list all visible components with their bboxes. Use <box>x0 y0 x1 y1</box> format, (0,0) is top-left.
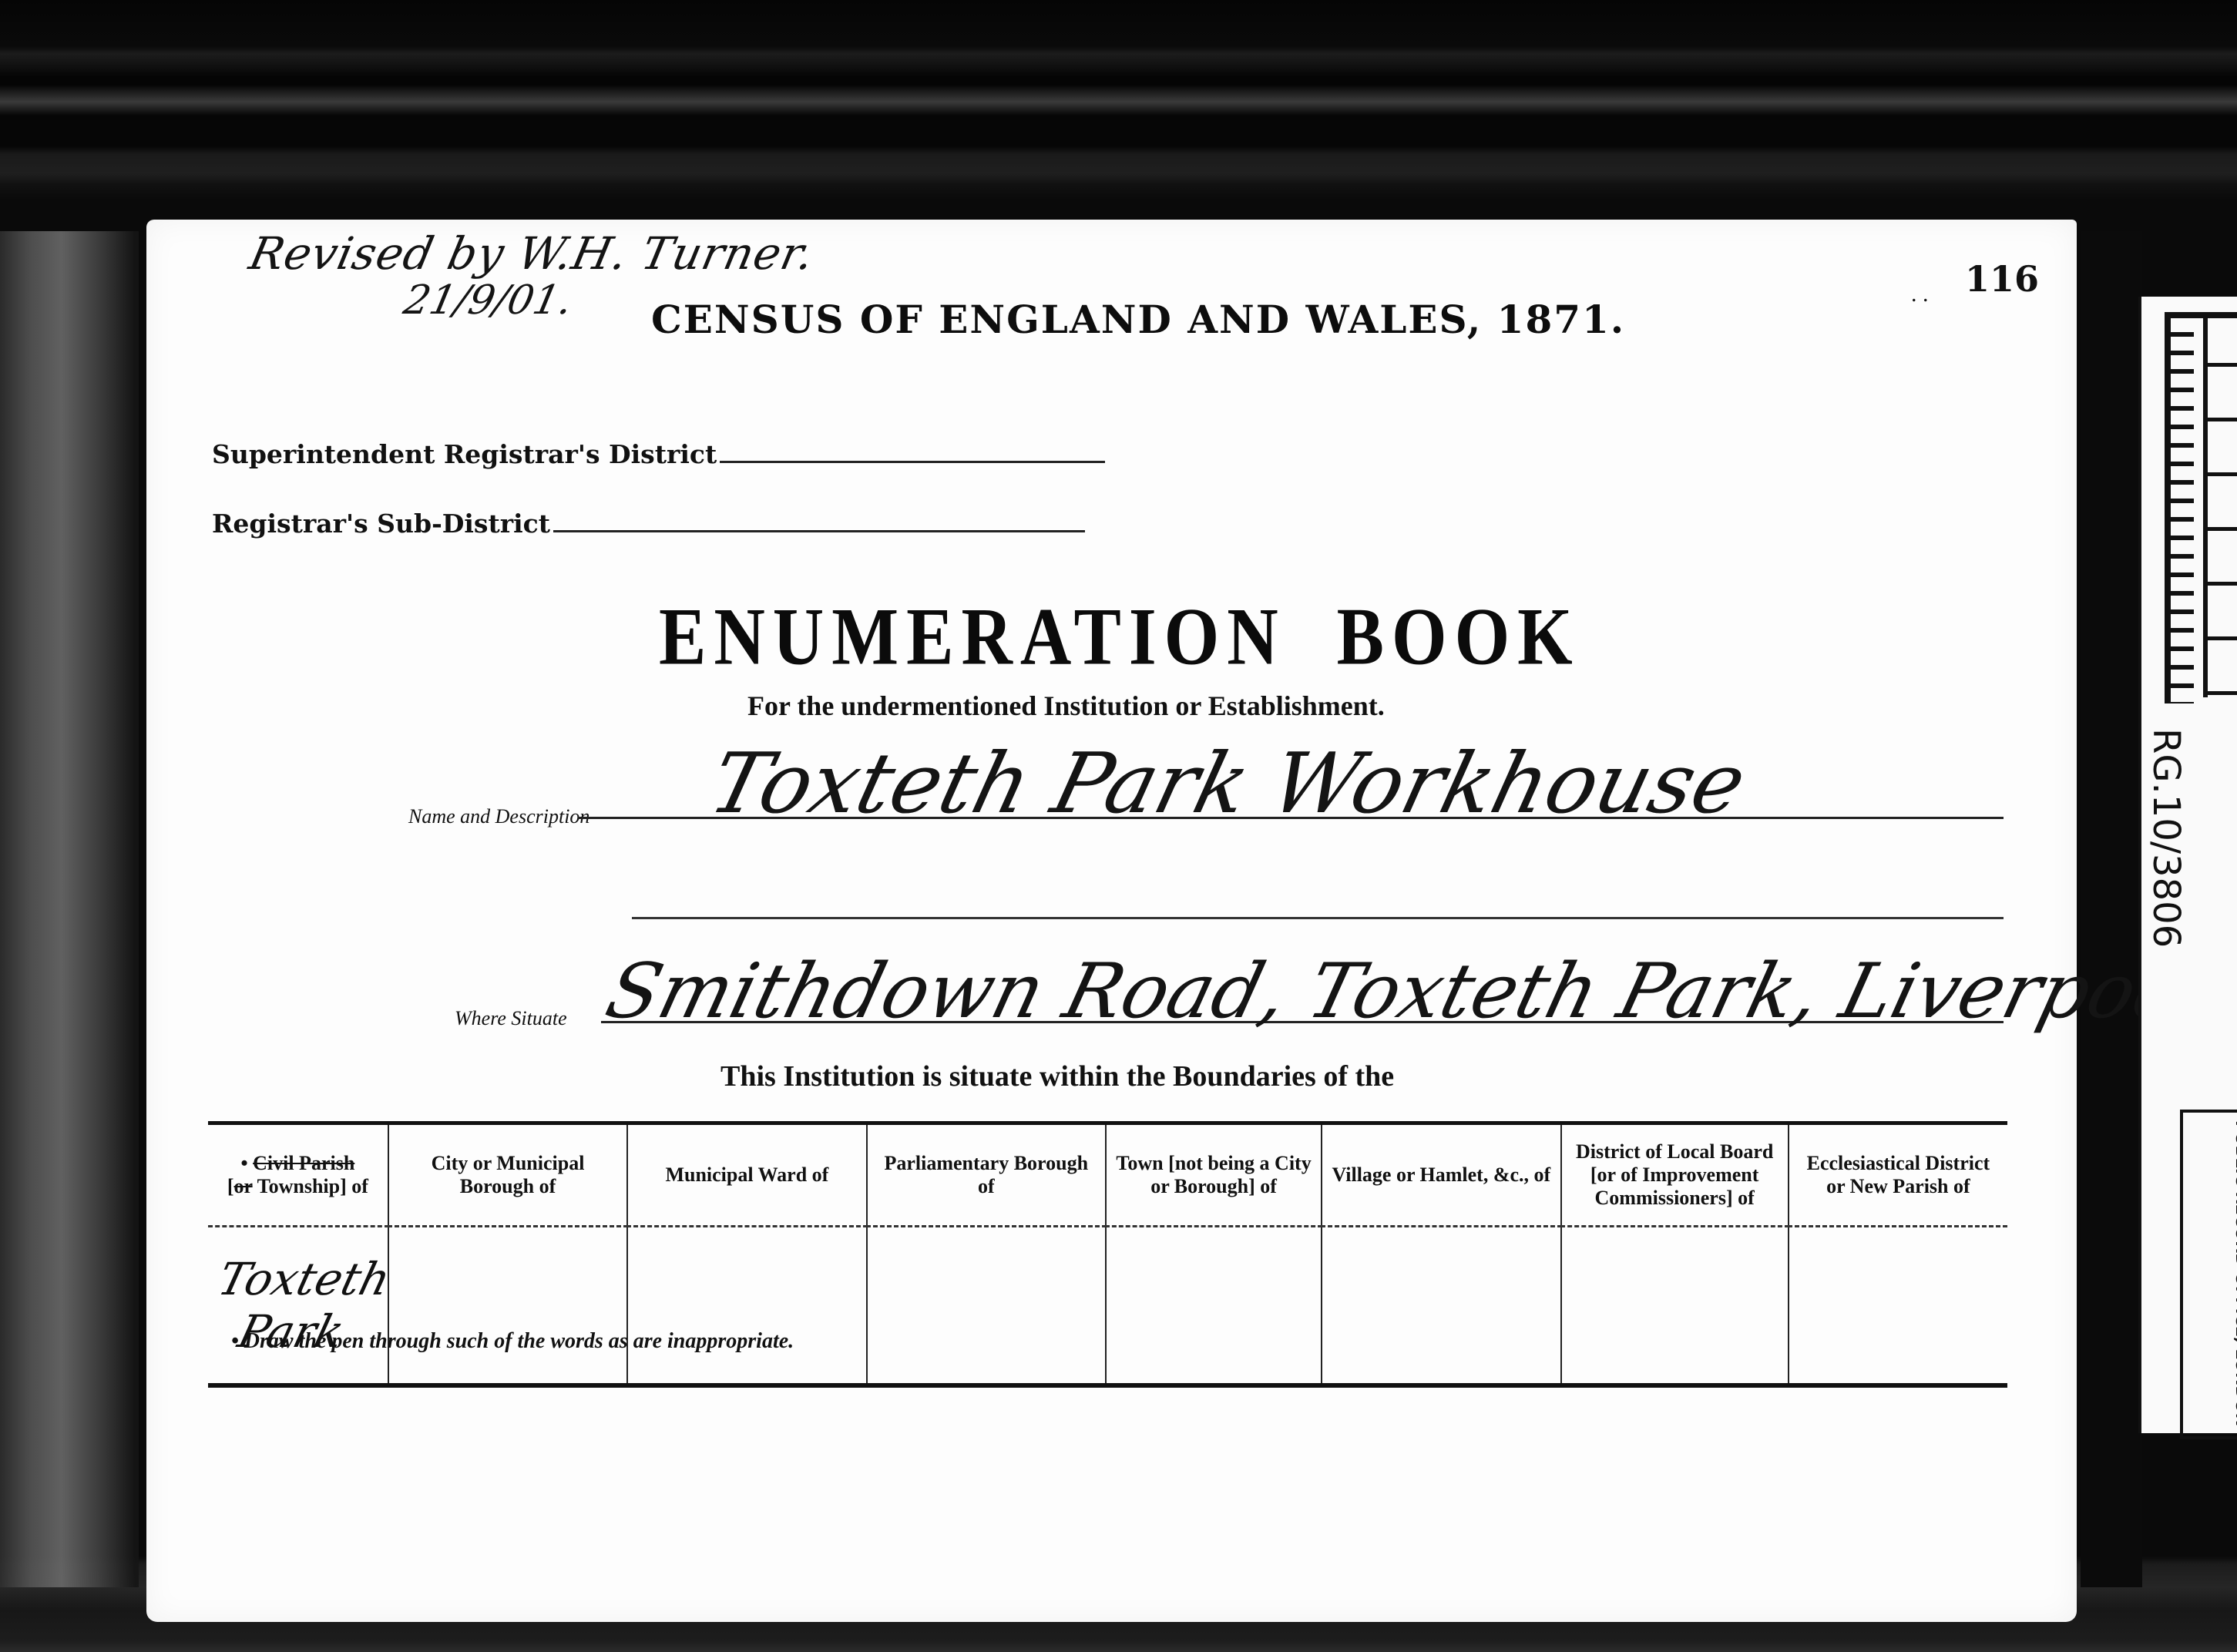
footnote-bullet: • <box>241 1152 248 1174</box>
revised-by-annotation: Revised by W.H. Turner. <box>245 227 819 280</box>
scan-right-gap <box>2081 231 2142 1587</box>
cell-ecclesiastical-district <box>1789 1227 2007 1386</box>
institution-name-value: Toxteth Park Workhouse <box>700 736 1755 832</box>
ruler-scale <box>2203 312 2237 697</box>
folio-number: 116 <box>1965 258 2039 300</box>
institution-subheading: For the undermentioned Institution or Es… <box>747 690 1385 722</box>
header-civil-parish: • Civil Parish [or Township] of <box>208 1123 388 1227</box>
cell-local-board: ​ <box>1561 1227 1789 1386</box>
where-situate-label: Where Situate <box>455 1007 567 1030</box>
name-description-label: Name and Description <box>408 805 589 828</box>
cell-municipal-ward <box>627 1227 866 1386</box>
footnote: • Draw the pen through such of the words… <box>231 1329 794 1354</box>
cell-town <box>1106 1227 1322 1386</box>
description-second-line <box>632 917 2004 919</box>
cell-city-borough <box>388 1227 627 1386</box>
boundaries-header-row: • Civil Parish [or Township] of City or … <box>208 1123 2007 1227</box>
copyright-notice: ALLY WITHOUT PERMISSION OF THE PUBLIC RE… <box>2231 1120 2237 1445</box>
header-municipal-ward: Municipal Ward of <box>627 1123 866 1227</box>
header-village-hamlet: Village or Hamlet, &c., of <box>1322 1123 1560 1227</box>
enumeration-book-heading: ENUMERATION BOOK <box>659 589 1580 683</box>
header-local-board: District of Local Board [or of Improveme… <box>1561 1123 1789 1227</box>
scan-left-edge <box>0 231 139 1587</box>
copyright-notice-box: ALLY WITHOUT PERMISSION OF THE PUBLIC RE… <box>2180 1110 2237 1439</box>
struck-civil-parish: Civil Parish <box>253 1152 354 1174</box>
copyright-line-2: PUBLIC RECORD OFFICE, LONDON <box>2231 1120 2237 1445</box>
superintendent-district-field: Superintendent Registrar's District <box>212 439 1105 469</box>
revised-date-annotation: 21/9/01. <box>400 277 577 324</box>
sub-district-field: Registrar's Sub-District <box>212 509 1085 539</box>
cell-village-hamlet <box>1322 1227 1560 1386</box>
where-situate-value: Smithdown Road, Toxteth Park, Liverpool. <box>598 948 2237 1036</box>
local-board-pencil-note: ​ <box>1672 1290 1678 1320</box>
struck-or: or <box>234 1175 253 1197</box>
superintendent-district-blank <box>720 461 1105 463</box>
boundaries-value-row: Toxteth Park ​ <box>208 1227 2007 1386</box>
header-parliamentary-borough: Parliamentary Borough of <box>867 1123 1106 1227</box>
sub-district-blank <box>553 530 1085 532</box>
header-ecclesiastical-district: Ecclesiastical District or New Parish of <box>1789 1123 2007 1227</box>
census-title: CENSUS OF ENGLAND AND WALES, 1871. <box>651 297 1625 342</box>
boundaries-intro: This Institution is situate within the B… <box>720 1059 1394 1093</box>
cell-parliamentary-borough <box>867 1227 1106 1386</box>
enumeration-book-cover: Revised by W.H. Turner. 21/9/01. CENSUS … <box>146 220 2077 1622</box>
township-text: Township] of <box>253 1175 368 1197</box>
page-dots: . . <box>1911 281 1929 307</box>
cell-civil-parish: Toxteth Park <box>208 1227 388 1386</box>
bracket-open: [ <box>227 1175 234 1197</box>
superintendent-district-label: Superintendent Registrar's District <box>212 439 717 469</box>
sub-district-label: Registrar's Sub-District <box>212 509 550 539</box>
header-city-borough: City or Municipal Borough of <box>388 1123 627 1227</box>
header-town: Town [not being a City or Borough] of <box>1106 1123 1322 1227</box>
archive-reference-strip: RG.10/3806 ALLY WITHOUT PERMISSION OF TH… <box>2138 297 2237 1433</box>
piece-reference-number: RG.10/3806 <box>2145 728 2188 948</box>
